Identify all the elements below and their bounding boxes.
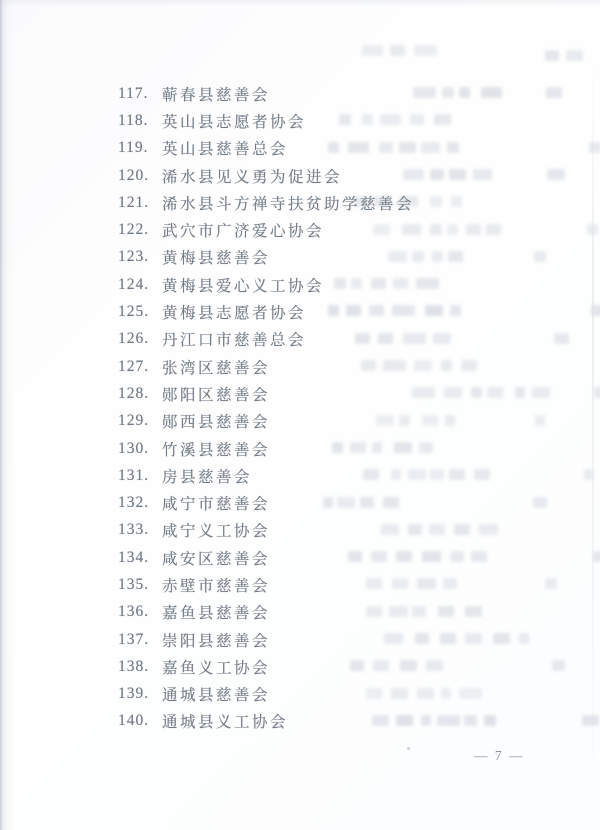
- item-name: 郧阳区慈善会: [162, 383, 270, 405]
- item-name: 蕲春县慈善会: [162, 83, 270, 105]
- bleed-smudge: [593, 551, 600, 562]
- bleed-smudge: [591, 305, 600, 316]
- bleed-smudge: [584, 469, 593, 480]
- list-item: 128. 郧阳区慈善会: [118, 380, 414, 407]
- bleed-smudge: [545, 578, 557, 589]
- charity-organization-list: 117. 蕲春县慈善会 118. 英山县志愿者协会 119. 英山县慈善总会 1…: [118, 80, 414, 735]
- bleed-smudge: [535, 415, 545, 426]
- bleed-smudge: [450, 305, 461, 316]
- list-item: 140. 通城县义工协会: [118, 708, 414, 735]
- bleed-smudge: [487, 387, 503, 398]
- bleed-smudge: [554, 333, 569, 344]
- bleed-smudge: [545, 50, 559, 61]
- item-name: 英山县志愿者协会: [162, 110, 306, 132]
- bleed-smudge: [415, 633, 429, 644]
- scan-edge-shadow-left: [0, 0, 14, 830]
- item-number: 121.: [118, 194, 162, 212]
- bleed-smudge: [426, 660, 443, 671]
- bleed-smudge: [417, 578, 436, 589]
- item-name: 通城县义工协会: [162, 710, 288, 732]
- bleed-smudge-row: [362, 45, 445, 56]
- item-name: 浠水县斗方禅寺扶贫助学慈善会: [162, 192, 414, 214]
- bleed-smudge: [390, 45, 405, 56]
- list-item: 119. 英山县慈善总会: [118, 135, 414, 162]
- bleed-smudge-row: [545, 50, 587, 61]
- item-name: 黄梅县志愿者协会: [162, 301, 306, 323]
- item-number: 134.: [118, 549, 162, 567]
- bleed-smudge: [461, 360, 477, 371]
- list-item: 132. 咸宁市慈善会: [118, 489, 414, 516]
- list-item: 129. 郧西县慈善会: [118, 408, 414, 435]
- item-number: 129.: [118, 412, 162, 430]
- list-item: 118. 英山县志愿者协会: [118, 107, 414, 134]
- bleed-smudge: [451, 196, 462, 207]
- bleed-smudge: [474, 469, 490, 480]
- item-name: 张湾区慈善会: [162, 356, 270, 378]
- bleed-smudge: [421, 142, 440, 153]
- bleed-smudge: [515, 387, 525, 398]
- bleed-smudge: [552, 660, 565, 671]
- bleed-smudge: [422, 415, 438, 426]
- item-name: 黄梅县慈善会: [162, 246, 270, 268]
- bleed-smudge: [416, 278, 439, 289]
- item-number: 123.: [118, 248, 162, 266]
- item-number: 130.: [118, 440, 162, 458]
- item-number: 122.: [118, 221, 162, 239]
- bleed-smudge: [425, 305, 443, 316]
- list-item: 139. 通城县慈善会: [118, 681, 414, 708]
- page-number: — 7 —: [474, 748, 525, 764]
- item-number: 120.: [118, 167, 162, 185]
- item-name: 竹溪县慈善会: [162, 438, 270, 460]
- bleed-smudge: [441, 688, 451, 699]
- bleed-smudge: [473, 169, 492, 180]
- bleed-smudge: [417, 688, 434, 699]
- scanned-document-page: 117. 蕲春县慈善会 118. 英山县志愿者协会 119. 英山县慈善总会 1…: [0, 0, 600, 830]
- item-number: 126.: [118, 330, 162, 348]
- bleed-smudge: [430, 169, 444, 180]
- item-name: 赤壁市慈善会: [162, 574, 270, 596]
- bleed-smudge: [533, 497, 547, 508]
- scan-speck: [407, 747, 410, 750]
- bleed-smudge: [448, 251, 463, 262]
- bleed-smudge: [445, 415, 455, 426]
- item-name: 英山县慈善总会: [162, 137, 288, 159]
- item-name: 浠水县见义勇为促进会: [162, 165, 342, 187]
- list-item: 117. 蕲春县慈善会: [118, 80, 414, 107]
- item-number: 119.: [118, 139, 162, 157]
- bleed-smudge: [438, 606, 454, 617]
- list-item: 122. 武穴市广济爱心协会: [118, 216, 414, 243]
- bleed-smudge: [534, 251, 546, 262]
- item-name: 嘉鱼义工协会: [162, 656, 270, 678]
- bleed-smudge: [546, 87, 562, 98]
- list-item: 137. 崇阳县慈善会: [118, 626, 414, 653]
- bleed-smudge: [532, 387, 550, 398]
- bleed-smudge: [430, 224, 442, 235]
- item-name: 崇阳县慈善会: [162, 629, 270, 651]
- bleed-smudge: [486, 224, 501, 235]
- bleed-smudge: [442, 87, 454, 98]
- bleed-smudge: [471, 387, 482, 398]
- bleed-smudge: [430, 469, 444, 480]
- item-number: 132.: [118, 494, 162, 512]
- item-number: 140.: [118, 712, 162, 730]
- bleed-smudge: [464, 715, 477, 726]
- scan-edge-line-right: [592, 60, 594, 800]
- bleed-smudge: [519, 633, 529, 644]
- bleed-smudge: [449, 169, 466, 180]
- bleed-smudge: [471, 551, 487, 562]
- bleed-smudge-row: [403, 169, 565, 180]
- item-number: 131.: [118, 467, 162, 485]
- bleed-smudge: [447, 142, 459, 153]
- item-number: 117.: [118, 85, 162, 103]
- item-number: 124.: [118, 276, 162, 294]
- list-item: 124. 黄梅县爱心义工协会: [118, 271, 414, 298]
- item-name: 通城县慈善会: [162, 683, 270, 705]
- bleed-smudge: [444, 387, 462, 398]
- item-number: 133.: [118, 521, 162, 539]
- bleed-smudge: [447, 224, 458, 235]
- list-item: 126. 丹江口市慈善总会: [118, 326, 414, 353]
- bleed-smudge: [362, 45, 383, 56]
- item-name: 房县慈善会: [162, 465, 252, 487]
- bleed-smudge: [443, 578, 457, 589]
- bleed-smudge: [479, 524, 498, 535]
- bleed-smudge: [421, 715, 431, 726]
- item-name: 丹江口市慈善总会: [162, 328, 306, 350]
- bleed-smudge: [414, 360, 432, 371]
- item-number: 137.: [118, 631, 162, 649]
- item-name: 咸宁市慈善会: [162, 492, 270, 514]
- bleed-smudge: [493, 633, 510, 644]
- bleed-smudge: [589, 142, 600, 153]
- bleed-smudge: [430, 196, 442, 207]
- bleed-smudge: [582, 715, 599, 726]
- bleed-smudge: [459, 87, 470, 98]
- item-name: 武穴市广济爱心协会: [162, 219, 324, 241]
- bleed-smudge: [484, 715, 496, 726]
- list-item: 125. 黄梅县志愿者协会: [118, 298, 414, 325]
- item-number: 135.: [118, 576, 162, 594]
- bleed-smudge-row: [384, 633, 600, 644]
- item-number: 128.: [118, 385, 162, 403]
- list-item: 131. 房县慈善会: [118, 462, 414, 489]
- item-number: 139.: [118, 685, 162, 703]
- bleed-smudge-row: [413, 87, 562, 98]
- bleed-smudge: [433, 333, 451, 344]
- bleed-smudge: [450, 551, 464, 562]
- list-item: 133. 咸宁义工协会: [118, 517, 414, 544]
- list-item: 123. 黄梅县慈善会: [118, 244, 414, 271]
- bleed-smudge: [566, 50, 583, 61]
- bleed-smudge: [429, 524, 445, 535]
- bleed-smudge: [419, 442, 433, 453]
- bleed-smudge: [587, 224, 598, 235]
- item-number: 138.: [118, 658, 162, 676]
- bleed-smudge: [434, 114, 451, 125]
- bleed-smudge: [594, 387, 600, 398]
- bleed-smudge: [465, 633, 482, 644]
- bleed-smudge: [449, 469, 465, 480]
- item-name: 嘉鱼县慈善会: [162, 601, 270, 623]
- item-number: 127.: [118, 358, 162, 376]
- bleed-smudge: [465, 606, 482, 617]
- list-item: 136. 嘉鱼县慈善会: [118, 599, 414, 626]
- bleed-smudge: [459, 688, 482, 699]
- bleed-smudge: [481, 87, 502, 98]
- item-name: 咸安区慈善会: [162, 547, 270, 569]
- bleed-smudge: [412, 606, 426, 617]
- bleed-smudge: [466, 224, 481, 235]
- bleed-smudge: [432, 251, 443, 262]
- item-name: 黄梅县爱心义工协会: [162, 274, 324, 296]
- list-item: 135. 赤壁市慈善会: [118, 571, 414, 598]
- item-number: 118.: [118, 112, 162, 130]
- list-item: 120. 浠水县见义勇为促进会: [118, 162, 414, 189]
- item-name: 咸宁义工协会: [162, 519, 270, 541]
- list-item: 130. 竹溪县慈善会: [118, 435, 414, 462]
- bleed-smudge: [440, 633, 456, 644]
- bleed-smudge-row: [412, 387, 600, 398]
- list-item: 127. 张湾区慈善会: [118, 353, 414, 380]
- list-item: 134. 咸安区慈善会: [118, 544, 414, 571]
- item-number: 125.: [118, 303, 162, 321]
- bleed-smudge: [412, 387, 435, 398]
- bleed-smudge: [441, 360, 452, 371]
- bleed-smudge: [437, 715, 460, 726]
- bleed-smudge: [414, 45, 437, 56]
- bleed-smudge: [413, 87, 436, 98]
- bleed-smudge: [547, 169, 565, 180]
- list-item: 138. 嘉鱼义工协会: [118, 653, 414, 680]
- item-number: 136.: [118, 603, 162, 621]
- bleed-smudge: [454, 524, 470, 535]
- item-name: 郧西县慈善会: [162, 410, 270, 432]
- list-item: 121. 浠水县斗方禅寺扶贫助学慈善会: [118, 189, 414, 216]
- bleed-smudge: [422, 551, 441, 562]
